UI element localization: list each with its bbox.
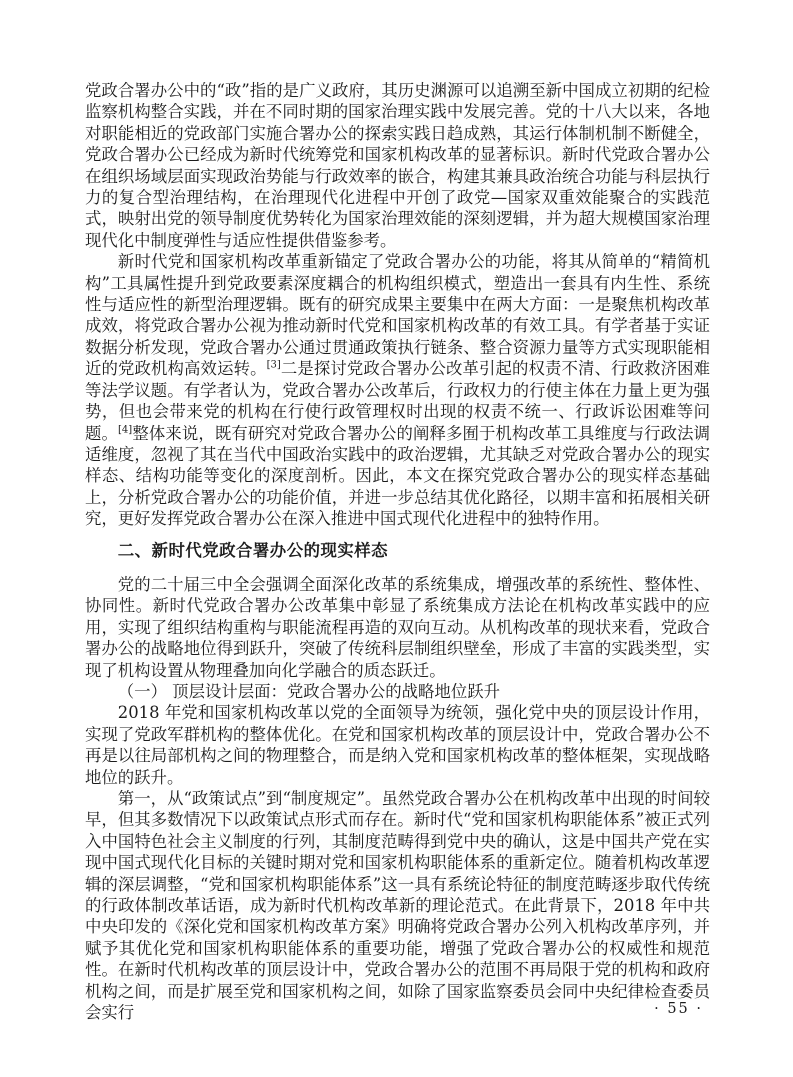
article-body: 党政合署办公中的“政”指的是广义政府，其历史渊源可以追溯至新中国成立初期的纪检监… [85,80,710,1023]
paragraph-text: 整体来说，既有研究对党政合署办公的阐释多囿于机构改革工具维度与行政法调适维度，忽… [85,424,710,529]
footnote-ref-3: [3] [267,360,281,371]
page-number: · 55 · [654,1001,703,1017]
section-heading: 二、新时代党政合署办公的现实样态 [85,540,710,561]
footnote-ref-4: [4] [118,424,132,435]
subsection-heading: （一） 顶层设计层面：党政合署办公的战略地位跃升 [85,681,710,702]
paragraph-policy-pilot: 第一，从“政策试点”到“制度规定”。虽然党政合署办公在机构改革中出现的时间较早，… [85,788,710,1023]
paragraph-section-intro: 党的二十届三中全会强调全面深化改革的系统集成，增强改革的系统性、整体性、协同性。… [85,574,710,681]
paragraph-continuation: 党政合署办公中的“政”指的是广义政府，其历史渊源可以追溯至新中国成立初期的纪检监… [85,80,710,251]
document-page: 党政合署办公中的“政”指的是广义政府，其历史渊源可以追溯至新中国成立初期的纪检监… [0,0,793,1077]
paragraph-literature-review: 新时代党和国家机构改革重新锚定了党政合署办公的功能，将其从简单的“精简机构”工具… [85,251,710,529]
paragraph-top-design: 2018 年党和国家机构改革以党的全面领导为统领，强化党中央的顶层设计作用，实现… [85,702,710,788]
